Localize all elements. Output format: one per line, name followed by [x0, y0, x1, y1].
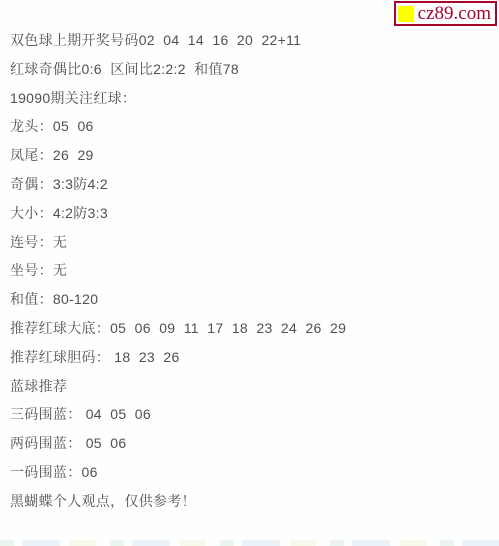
line-red-pool: 推荐红球大底：05 06 09 11 17 18 23 24 26 29	[10, 314, 499, 343]
line-big-small: 大小：4:2防3:3	[10, 199, 499, 228]
line-period-focus: 19090期关注红球：	[10, 84, 499, 113]
article-body: 双色球上期开奖号码02 04 14 16 20 22+11 红球奇偶比0:6 区…	[10, 26, 499, 516]
line-sum-value: 和值：80-120	[10, 285, 499, 314]
line-phoenix-tail: 凤尾：26 29	[10, 141, 499, 170]
logo-yellow-square-icon	[398, 6, 414, 22]
line-prev-draw: 双色球上期开奖号码02 04 14 16 20 22+11	[10, 26, 499, 55]
line-red-ratios: 红球奇偶比0:6 区间比2:2:2 和值78	[10, 55, 499, 84]
line-three-blue: 三码围蓝： 04 05 06	[10, 400, 499, 429]
line-one-blue: 一码围蓝：06	[10, 458, 499, 487]
line-disclaimer: 黑蝴蝶个人观点，仅供参考！	[10, 487, 499, 516]
line-two-blue: 两码围蓝： 05 06	[10, 429, 499, 458]
line-consecutive: 连号：无	[10, 228, 499, 257]
line-red-dan: 推荐红球胆码： 18 23 26	[10, 343, 499, 372]
cutoff-text-sliver	[0, 540, 499, 546]
line-odd-even: 奇偶：3:3防4:2	[10, 170, 499, 199]
line-seat-number: 坐号：无	[10, 256, 499, 285]
site-logo[interactable]: cz89.com	[394, 1, 497, 26]
line-dragon-head: 龙头：05 06	[10, 112, 499, 141]
logo-text: cz89.com	[418, 4, 491, 24]
line-blue-header: 蓝球推荐	[10, 372, 499, 401]
